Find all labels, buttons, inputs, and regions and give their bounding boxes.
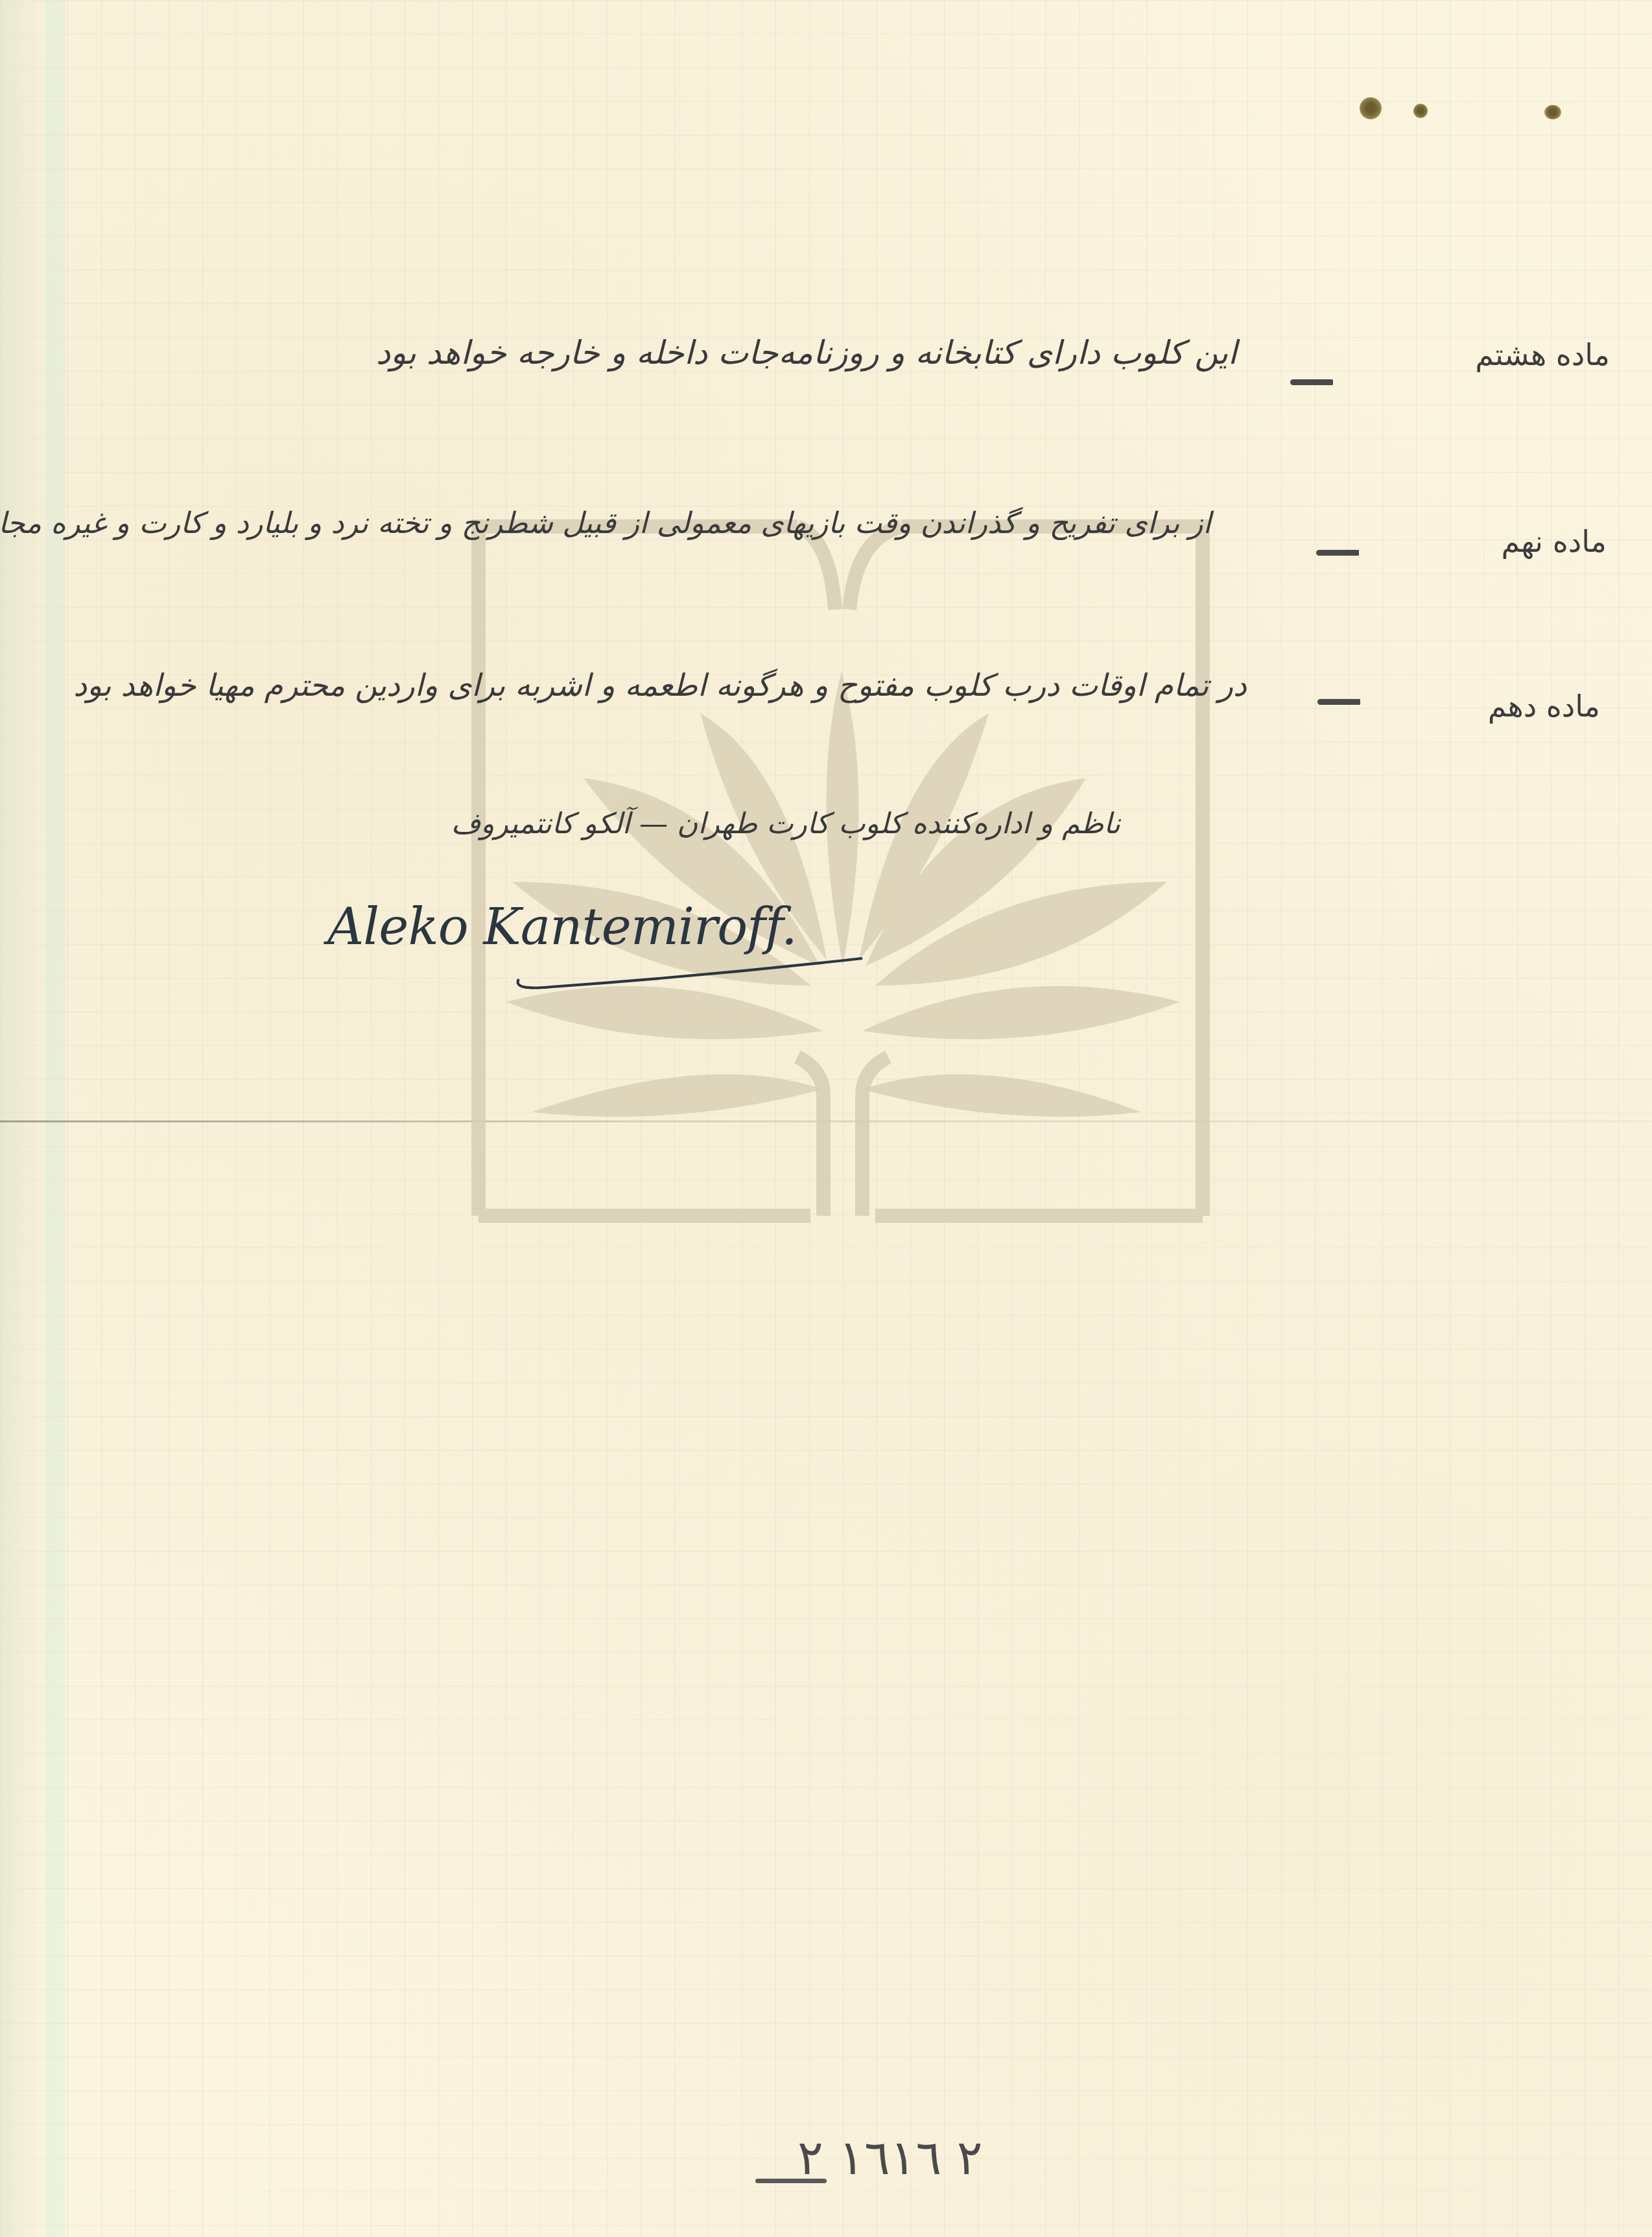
article-9-dash	[1316, 550, 1359, 556]
article-9-text: از برای تفریح و گذراندن وقت بازیهای معمو…	[0, 506, 1211, 540]
article-10-dash	[1317, 699, 1360, 705]
signatory-title: ناظم و اداره‌کننده کلوب کارت طهران — آلک…	[451, 807, 1120, 840]
document-number-underline	[755, 2179, 827, 2183]
paper-edge-tint	[45, 0, 65, 2237]
article-8-text: این کلوب دارای کتابخانه و روزنامه‌جات دا…	[376, 334, 1237, 372]
paper-fold-line	[0, 1120, 1652, 1122]
signature-flourish-icon	[512, 953, 875, 992]
article-9-label: ماده نهم	[1502, 524, 1607, 559]
signature: Aleko Kantemiroff.	[327, 898, 797, 956]
article-8-label: ماده هشتم	[1475, 337, 1610, 372]
pinhole-mark	[1413, 104, 1428, 118]
pinhole-mark	[1360, 97, 1382, 119]
article-10-text: در تمام اوقات درب کلوب مفتوح و هرگونه اط…	[73, 668, 1247, 704]
article-10-label: ماده دهم	[1488, 689, 1600, 724]
pinhole-mark	[1544, 105, 1561, 119]
document-number: ٢ ١٦١٦ ٢	[797, 2130, 983, 2186]
article-8-dash	[1290, 379, 1333, 385]
